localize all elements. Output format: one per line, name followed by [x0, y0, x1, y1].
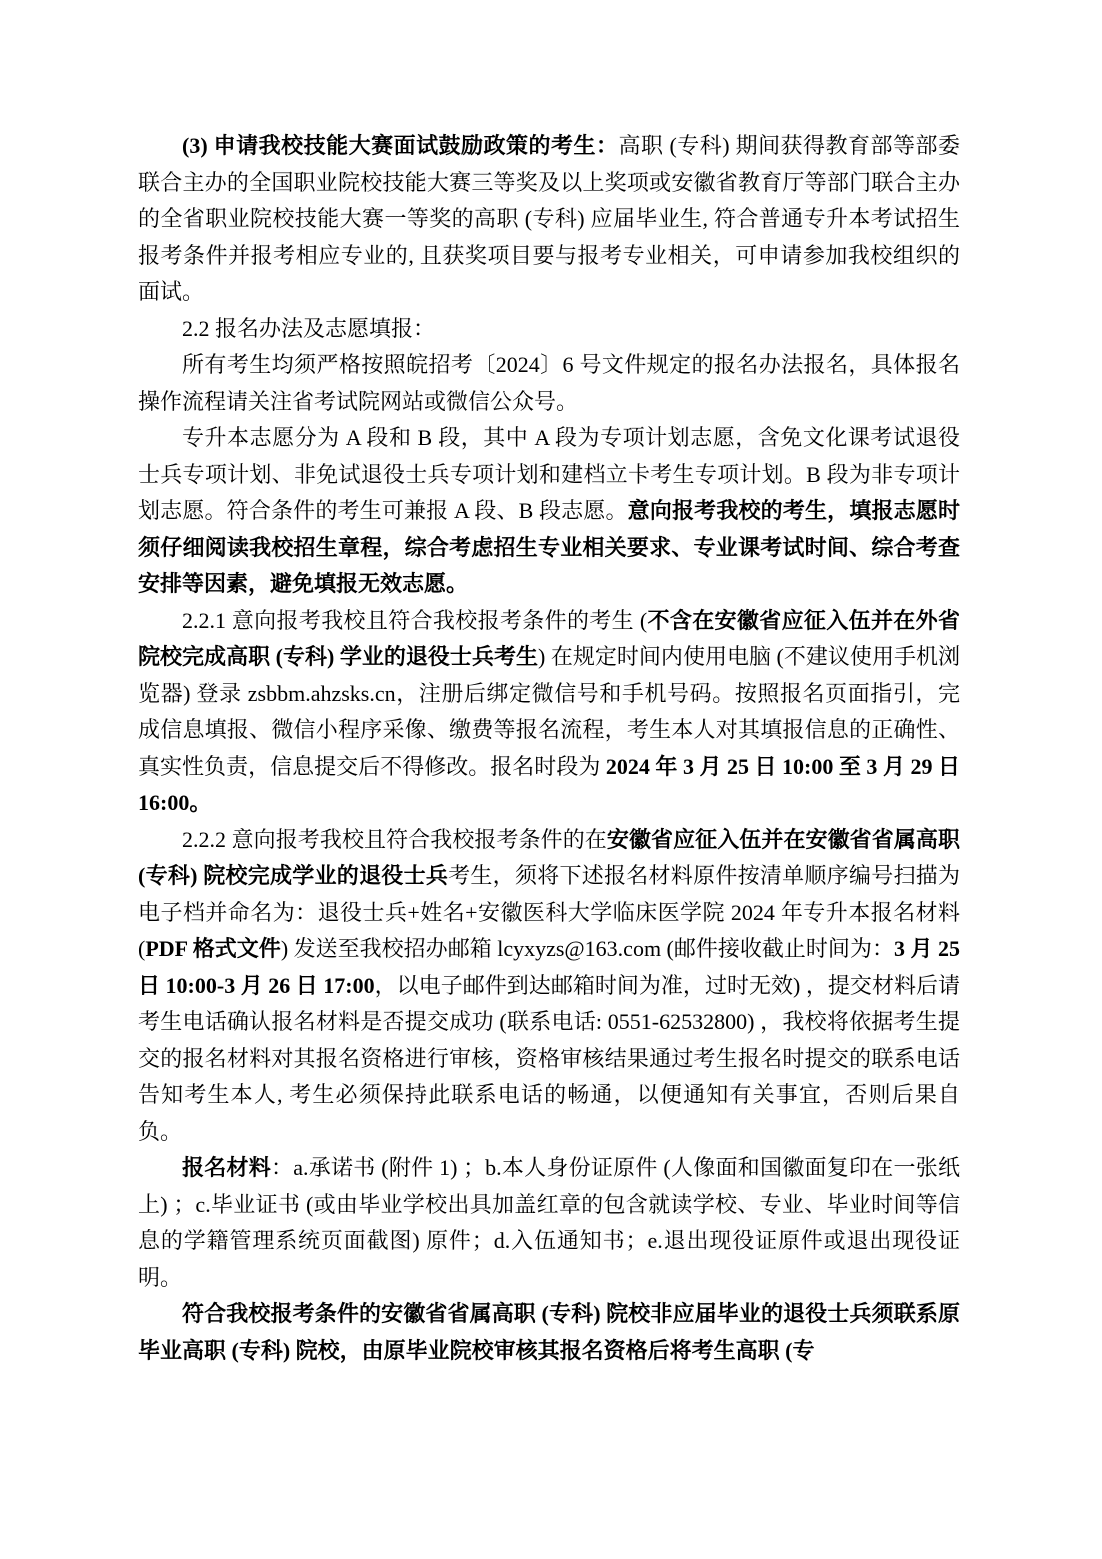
para-registration-method: 所有考生均须严格按照皖招考〔2024〕6 号文件规定的报名办法报名，具体报名操作…: [138, 347, 960, 420]
para-2-2-1-intro: 2.2.1 意向报考我校且符合我校报考条件的考生 (: [182, 608, 647, 633]
para-2-2-2-pdf-format: PDF 格式文件: [145, 936, 280, 961]
para-skill-competition-interview-text: 高职 (专科) 期间获得教育部等部委联合主办的全国职业院校技能大赛三等奖及以上奖…: [138, 133, 960, 304]
para-2-2-2-email-address: ) 发送至我校招办邮箱 lcyxyzs@163.com (邮件接收截止时间为：: [281, 936, 894, 961]
para-non-fresh-graduate-veterans-text: 符合我校报考条件的安徽省省属高职 (专科) 院校非应届毕业的退役士兵须联系原毕业…: [138, 1301, 960, 1363]
para-non-fresh-graduate-veterans: 符合我校报考条件的安徽省省属高职 (专科) 院校非应届毕业的退役士兵须联系原毕业…: [138, 1296, 960, 1369]
para-2-2-1-online-registration: 2.2.1 意向报考我校且符合我校报考条件的考生 (不含在安徽省应征入伍并在外省…: [138, 603, 960, 822]
para-skill-competition-interview: (3) 申请我校技能大赛面试鼓励政策的考生：高职 (专科) 期间获得教育部等部委…: [138, 128, 960, 311]
document-body: (3) 申请我校技能大赛面试鼓励政策的考生：高职 (专科) 期间获得教育部等部委…: [138, 128, 960, 1369]
para-application-materials: 报名材料：a.承诺书 (附件 1) ；b.本人身份证原件 (人像面和国徽面复印在…: [138, 1150, 960, 1296]
para-registration-method-text: 所有考生均须严格按照皖招考〔2024〕6 号文件规定的报名办法报名，具体报名操作…: [138, 352, 960, 414]
document-page: (3) 申请我校技能大赛面试鼓励政策的考生：高职 (专科) 期间获得教育部等部委…: [0, 0, 1102, 1559]
para-2-2-2-veteran-email: 2.2.2 意向报考我校且符合我校报考条件的在安徽省应征入伍并在安徽省省属高职 …: [138, 822, 960, 1151]
para-2-2-2-intro: 2.2.2 意向报考我校且符合我校报考条件的在: [182, 827, 607, 852]
para-application-materials-lead: 报名材料: [182, 1155, 271, 1180]
heading-2-2-text: 2.2 报名办法及志愿填报：: [182, 316, 435, 341]
para-skill-competition-interview-lead: (3) 申请我校技能大赛面试鼓励政策的考生：: [182, 133, 618, 158]
para-volunteer-sections: 专升本志愿分为 A 段和 B 段，其中 A 段为专项计划志愿，含免文化课考试退役…: [138, 420, 960, 603]
para-2-2-2-review-process: ，以电子邮件到达邮箱时间为准，过时无效) ，提交材料后请考生电话确认报名材料是否…: [138, 973, 960, 1144]
heading-2-2: 2.2 报名办法及志愿填报：: [138, 311, 960, 348]
